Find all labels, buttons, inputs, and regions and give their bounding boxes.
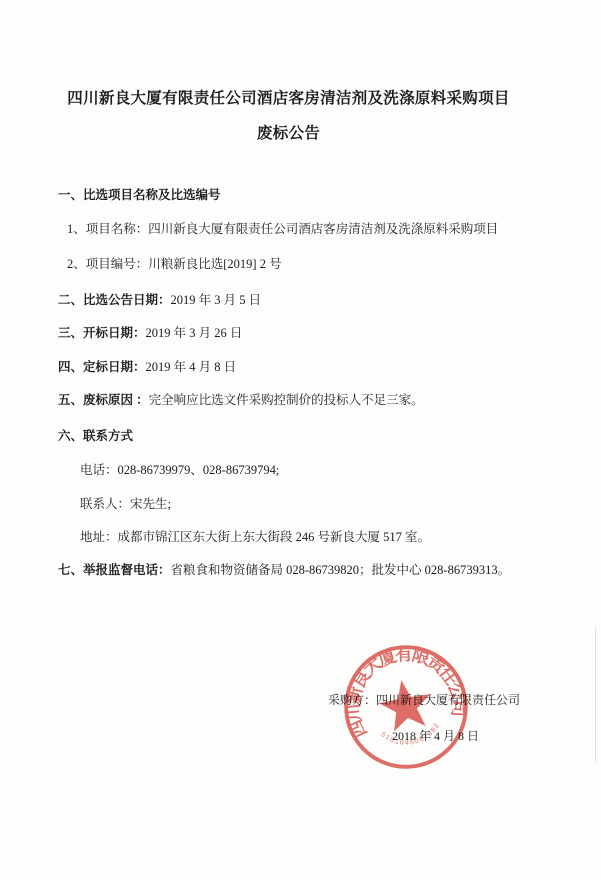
section-1-heading: 一、比选项目名称及比选编号	[58, 188, 221, 203]
seal-ring-text: 四川新良大厦有限责任公司	[333, 634, 473, 742]
section-1-item-project-name: 1、项目名称：四川新良大厦有限责任公司酒店客房清洁剂及洗涤原料采购项目	[67, 222, 498, 237]
section-2-line: 二、比选公告日期：2019 年 3 月 5 日	[58, 293, 261, 308]
section-2-value: 2019 年 3 月 5 日	[171, 293, 262, 307]
section-4-value: 2019 年 4 月 8 日	[146, 360, 237, 374]
section-2-label: 二、比选公告日期：	[58, 293, 171, 307]
section-5-label: 五、废标原因 ：	[58, 393, 149, 407]
section-7-value: 省粮食和物资储备局 028-86739820；批发中心 028-86739313…	[171, 563, 511, 577]
phone-line: 电话：028-86739979、028-86739794;	[80, 463, 279, 478]
section-3-value: 2019 年 3 月 26 日	[146, 326, 243, 340]
section-7-label: 七、举报监督电话：	[58, 563, 171, 577]
section-4-line: 四、定标日期：2019 年 4 月 8 日	[58, 360, 236, 375]
section-7-line: 七、举报监督电话：省粮食和物资储备局 028-86739820；批发中心 028…	[58, 563, 510, 578]
signature-date-line: 2018 年 4 月 8 日	[392, 729, 479, 743]
svg-text:四川新良大厦有限责任公司: 四川新良大厦有限责任公司	[333, 634, 473, 742]
section-6-heading: 六、联系方式	[58, 429, 133, 444]
doc-title-line2: 废标公告	[0, 121, 577, 143]
section-5-line: 五、废标原因 ：完全响应比选文件采购控制价的投标人不足三家。	[58, 393, 424, 408]
scan-artifact-line	[595, 628, 596, 763]
section-3-label: 三、开标日期：	[58, 326, 146, 340]
doc-title-line1: 四川新良大厦有限责任公司酒店客房清洁剂及洗涤原料采购项目	[0, 86, 577, 108]
section-4-label: 四、定标日期：	[58, 360, 146, 374]
section-1-item-project-number: 2、项目编号：川粮新良比选[2019] 2 号	[67, 257, 282, 272]
section-3-line: 三、开标日期：2019 年 3 月 26 日	[58, 326, 242, 341]
address-line: 地址：成都市锦江区东大街上东大街段 246 号新良大厦 517 室。	[80, 530, 430, 545]
document-page: 四川新良大厦有限责任公司酒店客房清洁剂及洗涤原料采购项目 废标公告 一、比选项目…	[0, 0, 601, 880]
section-5-value: 完全响应比选文件采购控制价的投标人不足三家。	[149, 393, 424, 407]
contact-person-line: 联系人：宋先生;	[80, 497, 171, 512]
buyer-signature-line: 采购方：四川新良大厦有限责任公司	[328, 693, 520, 707]
